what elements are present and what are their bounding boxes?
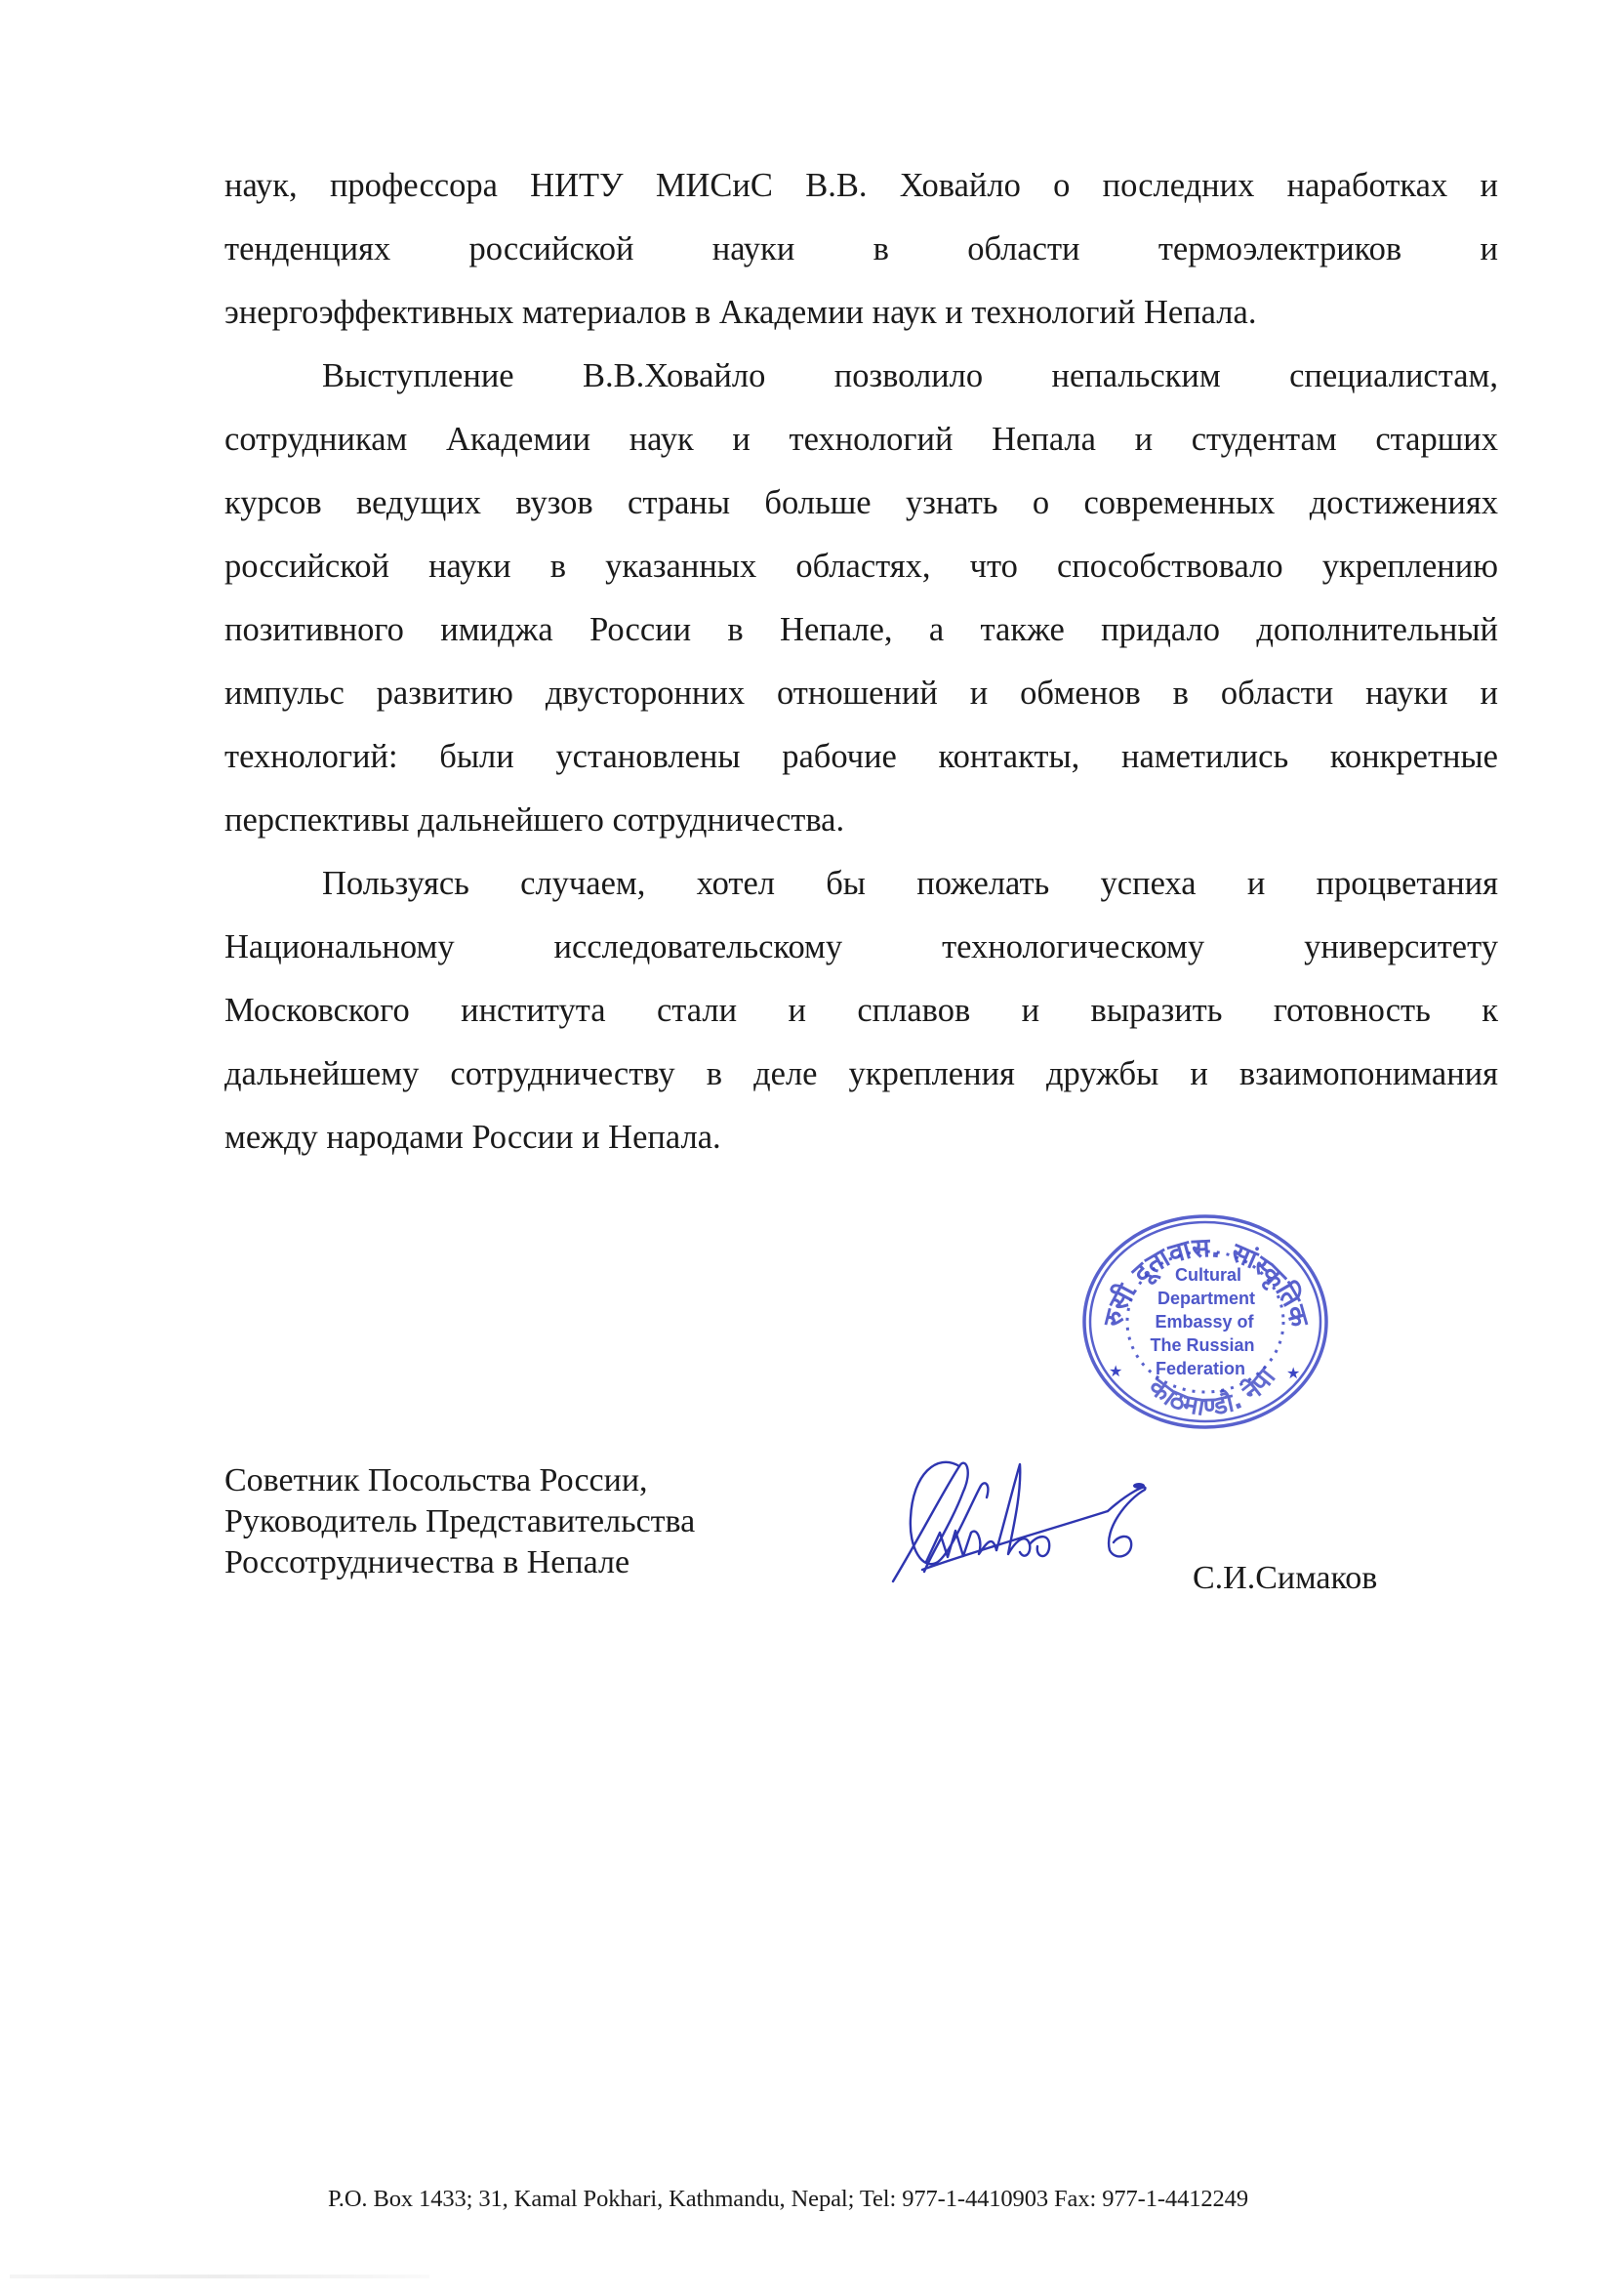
paragraph-2-line-8: перспективы дальнейшего сотрудничества. — [224, 799, 1498, 841]
paragraph-3-line-3: Московского института стали и сплавов и … — [224, 989, 1498, 1032]
paragraph-2-line-4: российской науки в указанных областях, ч… — [224, 545, 1498, 588]
paragraph-2-line-7: технологий: были установлены рабочие кон… — [224, 735, 1498, 778]
paragraph-3-line-4: дальнейшему сотрудничеству в деле укрепл… — [224, 1052, 1498, 1095]
paragraph-1-line-1: наук, профессора НИТУ МИСиС В.В. Ховайло… — [224, 164, 1498, 207]
svg-text:Federation: Federation — [1156, 1359, 1245, 1378]
svg-text:Embassy of: Embassy of — [1155, 1312, 1254, 1332]
signatory-title-line-1: Советник Посольства России, — [224, 1460, 695, 1501]
paragraph-2-line-3: курсов ведущих вузов страны больше узнат… — [224, 481, 1498, 524]
paragraph-2-line-1: Выступление В.В.Ховайло позволило непаль… — [322, 354, 1498, 397]
svg-text:Cultural: Cultural — [1175, 1265, 1241, 1285]
letter-page: наук, профессора НИТУ МИСиС В.В. Ховайло… — [0, 0, 1624, 2296]
paragraph-3-line-5: между народами России и Непала. — [224, 1116, 1498, 1159]
paragraph-2-line-2: сотрудникам Академии наук и технологий Н… — [224, 418, 1498, 461]
paragraph-1-line-2: тенденциях российской науки в области те… — [224, 227, 1498, 270]
scan-edge-artifact — [10, 2275, 429, 2278]
svg-text:Department: Department — [1157, 1289, 1255, 1308]
footer-address: P.O. Box 1433; 31, Kamal Pokhari, Kathma… — [328, 2185, 1248, 2214]
paragraph-2-line-6: импульс развитию двусторонних отношений … — [224, 672, 1498, 715]
paragraph-2-line-5: позитивного имиджа России в Непале, а та… — [224, 608, 1498, 651]
svg-text:The Russian: The Russian — [1150, 1335, 1254, 1355]
official-seal-stamp-icon: रुसी दूतावास. सांस्कृतिक विभाग काठमाण्डौ… — [1079, 1210, 1331, 1433]
paragraph-3-line-2: Национальному исследовательскому техноло… — [224, 925, 1498, 968]
signatory-name: С.И.Симаков — [1193, 1558, 1377, 1599]
paragraph-3-line-1: Пользуясь случаем, хотел бы пожелать усп… — [322, 862, 1498, 905]
handwritten-signature-icon — [883, 1435, 1176, 1591]
signatory-title: Советник Посольства России, Руководитель… — [224, 1460, 695, 1583]
signatory-title-line-3: Россотрудничества в Непале — [224, 1542, 695, 1583]
svg-text:★: ★ — [1109, 1362, 1122, 1380]
svg-text:★: ★ — [1286, 1364, 1300, 1382]
paragraph-1-line-3: энергоэффективных материалов в Академии … — [224, 291, 1498, 334]
signatory-title-line-2: Руководитель Представительства — [224, 1501, 695, 1542]
